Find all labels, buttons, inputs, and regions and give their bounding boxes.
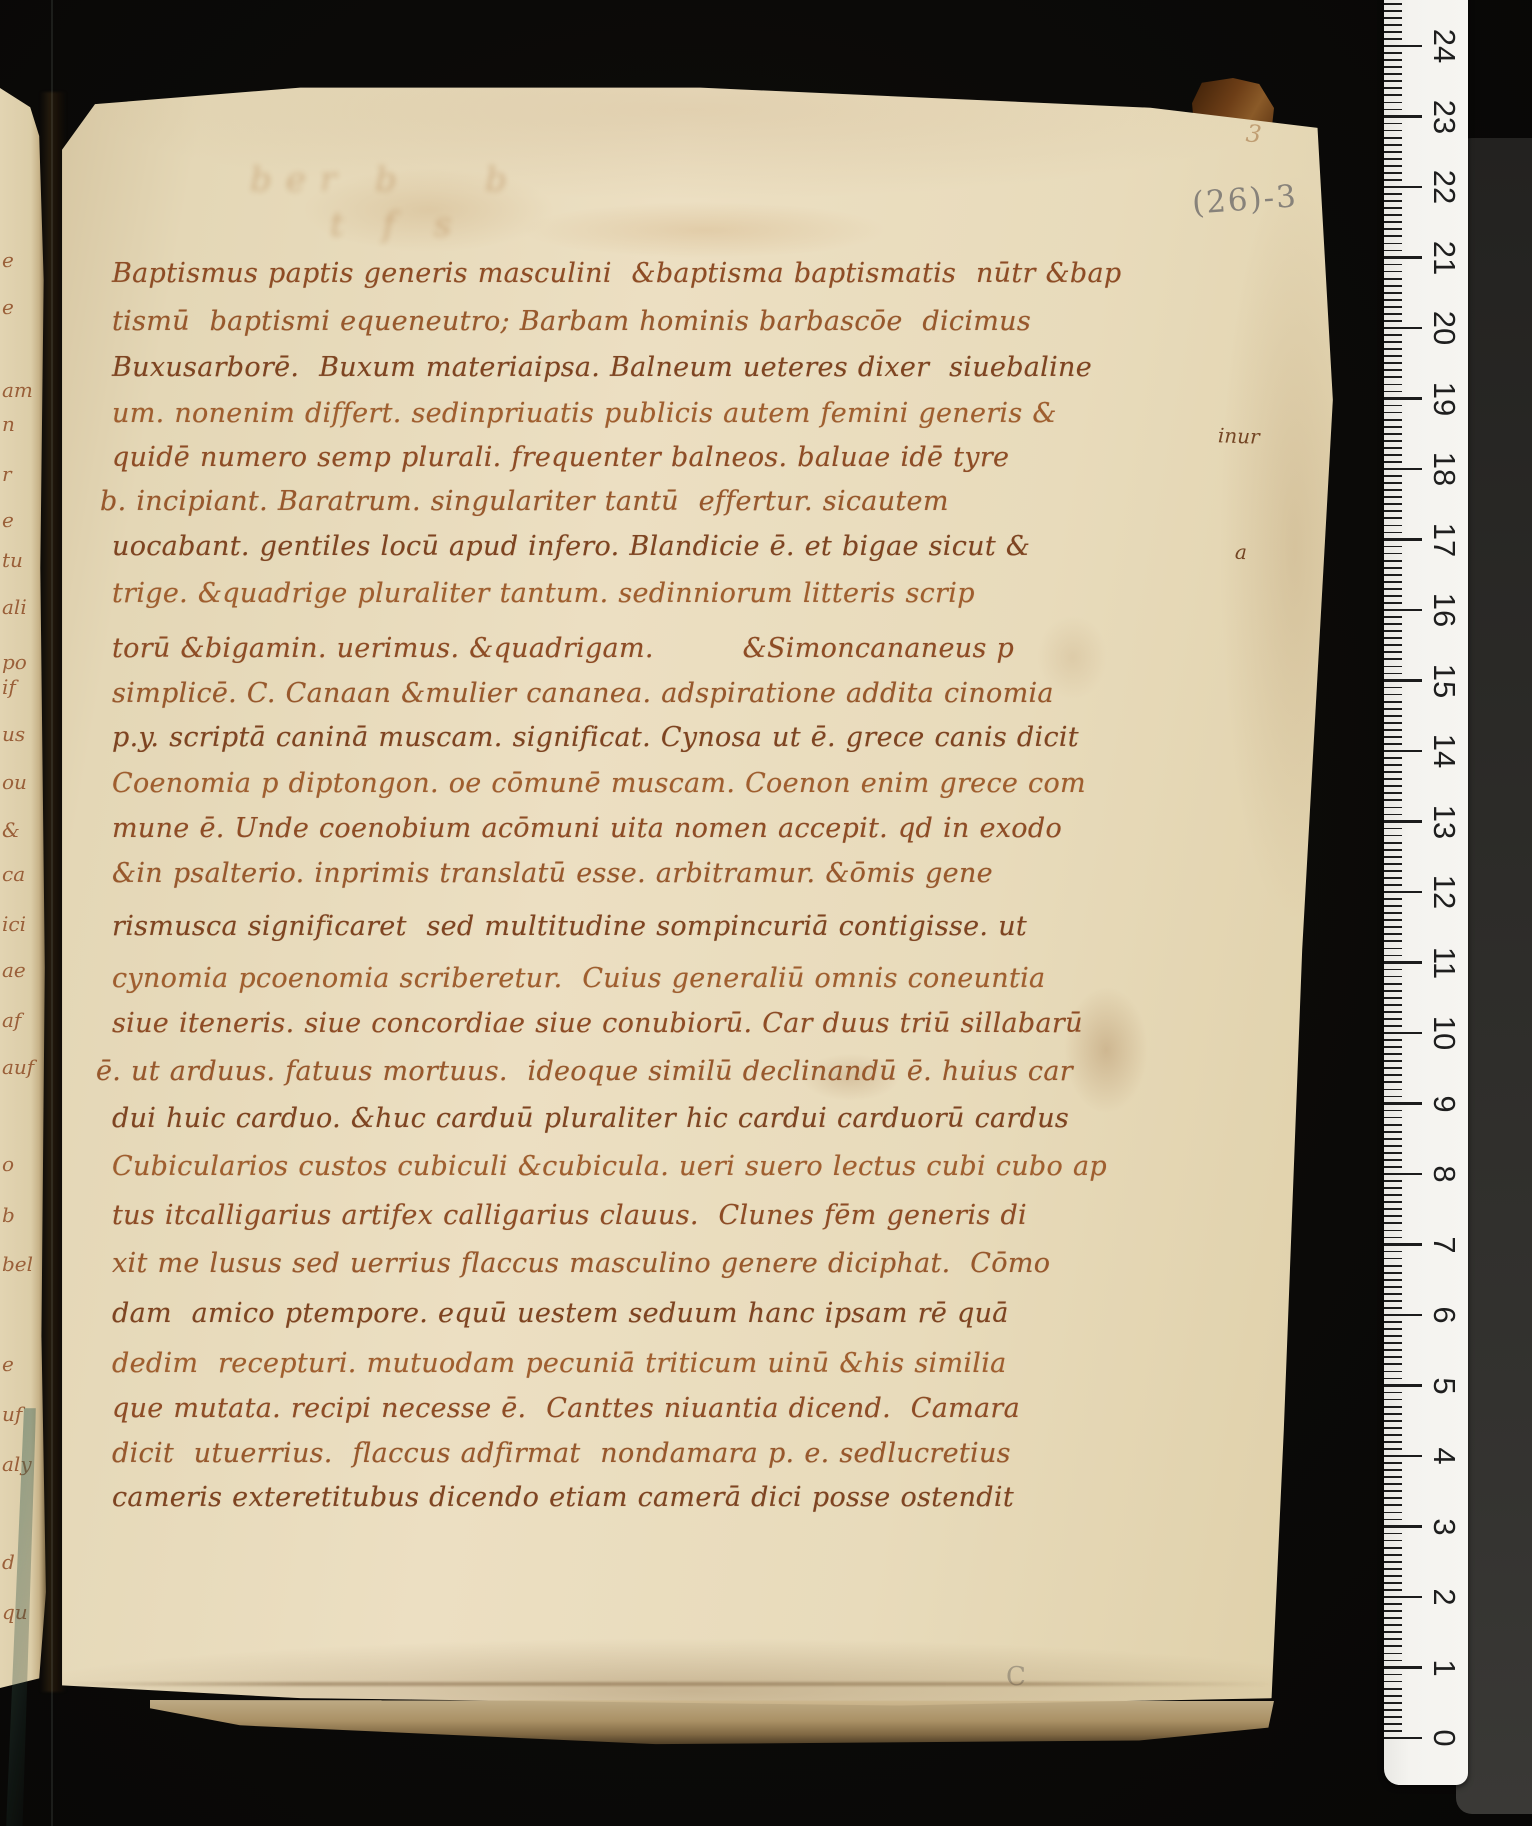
ruler-mm-tick bbox=[1384, 391, 1402, 393]
ruler-mm-tick bbox=[1384, 799, 1402, 801]
ruler-mm-tick bbox=[1384, 1392, 1402, 1394]
ruler-cm-tick bbox=[1384, 1737, 1422, 1740]
manuscript-line: cameris exteretitubus dicendo etiam came… bbox=[112, 1482, 1014, 1522]
ruler-mm-tick bbox=[1384, 109, 1402, 111]
bottom-pencil-mark: C bbox=[1006, 1662, 1026, 1692]
ghost-writing-mark: ber b b bbox=[250, 160, 521, 200]
ruler-mm-tick bbox=[1384, 1335, 1402, 1337]
ruler-mm-tick bbox=[1384, 1709, 1402, 1711]
ruler-number: 14 bbox=[1426, 731, 1462, 771]
ruler-mm-tick bbox=[1384, 1230, 1402, 1232]
ruler-mm-tick bbox=[1384, 461, 1402, 463]
manuscript-line: p.y. scriptā caninā muscam. significat. … bbox=[112, 722, 1079, 762]
ruler-cm-tick bbox=[1384, 1243, 1422, 1246]
ruler-mm-tick bbox=[1384, 1194, 1402, 1196]
ruler-mm-tick bbox=[1384, 940, 1402, 942]
ruler-mm-tick bbox=[1384, 560, 1402, 562]
ruler-mm-tick bbox=[1384, 1674, 1402, 1676]
ruler-mm-tick bbox=[1384, 581, 1402, 583]
ruler-mm-tick bbox=[1384, 369, 1402, 371]
ruler-mm-tick bbox=[1384, 1025, 1402, 1027]
ruler-mm-tick bbox=[1384, 355, 1402, 357]
ruler-mm-tick bbox=[1384, 673, 1402, 675]
ruler-number: 8 bbox=[1426, 1154, 1462, 1194]
ruler-mm-tick bbox=[1384, 1730, 1402, 1732]
ruler-mm-tick bbox=[1384, 969, 1402, 971]
ruler-mm-tick bbox=[1384, 588, 1402, 590]
manuscript-line: rismusca significaret sed multitudine so… bbox=[112, 911, 1027, 951]
ruler-mm-tick bbox=[1384, 489, 1402, 491]
ruler-mm-tick bbox=[1384, 546, 1402, 548]
ruler-mm-tick bbox=[1384, 80, 1402, 82]
ruler-number: 18 bbox=[1426, 449, 1462, 489]
ruler-cm-tick bbox=[1384, 1596, 1422, 1599]
ruler-mm-tick bbox=[1384, 1342, 1402, 1344]
ruler-number: 5 bbox=[1426, 1366, 1462, 1406]
ruler-mm-tick bbox=[1384, 1265, 1402, 1267]
ruler-mm-tick bbox=[1384, 828, 1402, 830]
ruler-mm-tick bbox=[1384, 221, 1402, 223]
left-page-text-fragment: e bbox=[2, 508, 14, 532]
ruler-mm-tick bbox=[1384, 955, 1402, 957]
glass-edge-reflection bbox=[51, 0, 53, 1826]
left-page-text-fragment: r bbox=[2, 462, 12, 486]
ruler-mm-tick bbox=[1384, 1258, 1402, 1260]
ruler-mm-tick bbox=[1384, 1208, 1402, 1210]
ruler-number: 19 bbox=[1426, 379, 1462, 419]
ruler-mm-tick bbox=[1384, 1589, 1402, 1591]
ruler-mm-tick bbox=[1384, 1166, 1402, 1168]
ruler-mm-tick bbox=[1384, 1645, 1402, 1647]
ruler-mm-tick bbox=[1384, 1702, 1402, 1704]
ruler-mm-tick bbox=[1384, 1067, 1402, 1069]
ruler-mm-tick bbox=[1384, 708, 1402, 710]
ruler-number: 9 bbox=[1426, 1084, 1462, 1124]
ruler-cm-tick bbox=[1384, 256, 1422, 259]
ruler-mm-tick bbox=[1384, 842, 1402, 844]
left-page-text-fragment: af bbox=[2, 1008, 21, 1032]
margin-mark: inur bbox=[1218, 423, 1261, 448]
ruler-mm-tick bbox=[1384, 729, 1402, 731]
left-page-text-fragment: n bbox=[2, 412, 15, 436]
ruler-mm-tick bbox=[1384, 1293, 1402, 1295]
ruler-mm-tick bbox=[1384, 1180, 1402, 1182]
ruler-mm-tick bbox=[1384, 1131, 1402, 1133]
ruler-number: 6 bbox=[1426, 1295, 1462, 1335]
ruler-mm-tick bbox=[1384, 271, 1402, 273]
ruler-mm-tick bbox=[1384, 454, 1402, 456]
left-page-text-fragment: if bbox=[2, 675, 16, 699]
ruler-mm-tick bbox=[1384, 193, 1402, 195]
ruler-mm-tick bbox=[1384, 919, 1402, 921]
ruler-mm-tick bbox=[1384, 1540, 1402, 1542]
ruler-mm-tick bbox=[1384, 503, 1402, 505]
ruler-mm-tick bbox=[1384, 736, 1402, 738]
ruler-mm-tick bbox=[1384, 130, 1402, 132]
ruler-mm-tick bbox=[1384, 151, 1402, 153]
ruler-mm-tick bbox=[1384, 1483, 1402, 1485]
manuscript-line: tismū baptismi equeneutro; Barbam homini… bbox=[112, 306, 1031, 346]
left-page-text-fragment: o bbox=[2, 1152, 14, 1176]
ruler-number: 22 bbox=[1426, 167, 1462, 207]
ruler-mm-tick bbox=[1384, 1688, 1402, 1690]
corner-numeral: 3 bbox=[1245, 119, 1263, 148]
left-page-text-fragment: tu bbox=[2, 548, 23, 572]
ruler-mm-tick bbox=[1384, 1660, 1402, 1662]
ruler-mm-tick bbox=[1384, 1610, 1402, 1612]
manuscript-line: trige. &quadrige pluraliter tantum. sedi… bbox=[112, 578, 975, 618]
ruler-mm-tick bbox=[1384, 405, 1402, 407]
ruler-mm-tick bbox=[1384, 299, 1402, 301]
ruler-mm-tick bbox=[1384, 983, 1402, 985]
ruler-number: 13 bbox=[1426, 802, 1462, 842]
ruler-mm-tick bbox=[1384, 1695, 1402, 1697]
ruler-mm-tick bbox=[1384, 1251, 1402, 1253]
manuscript-line: dui huic carduo. &huc carduū pluraliter … bbox=[112, 1103, 1069, 1143]
ruler-mm-tick bbox=[1384, 1399, 1402, 1401]
ruler-mm-tick bbox=[1384, 384, 1402, 386]
ruler-mm-tick bbox=[1384, 926, 1402, 928]
ruler-mm-tick bbox=[1384, 877, 1402, 879]
manuscript-line: Buxusarborē. Buxum materiaipsa. Balneum … bbox=[112, 352, 1092, 392]
ruler-mm-tick bbox=[1384, 602, 1402, 604]
left-page-text-fragment: d bbox=[2, 1550, 15, 1574]
ruler-mm-tick bbox=[1384, 137, 1402, 139]
ruler-cm-tick bbox=[1384, 45, 1422, 48]
manuscript-line: mune ē. Unde coenobium acōmuni uita nome… bbox=[112, 813, 1062, 853]
ruler-mm-tick bbox=[1384, 1624, 1402, 1626]
ruler-mm-tick bbox=[1384, 1300, 1402, 1302]
ruler-cm-tick bbox=[1384, 820, 1422, 823]
manuscript-line: &in psalterio. inprimis translatū esse. … bbox=[112, 858, 993, 898]
manuscript-line: tus itcalligarius artifex calligarius cl… bbox=[112, 1200, 1027, 1240]
ruler-mm-tick bbox=[1384, 1469, 1402, 1471]
ruler-number: 16 bbox=[1426, 590, 1462, 630]
ruler-mm-tick bbox=[1384, 1046, 1402, 1048]
ruler-mm-tick bbox=[1384, 243, 1402, 245]
ruler-mm-tick bbox=[1384, 3, 1402, 5]
ruler-mm-tick bbox=[1384, 694, 1402, 696]
ruler-mm-tick bbox=[1384, 1074, 1402, 1076]
ruler-cm-tick bbox=[1384, 538, 1422, 541]
ruler-mm-tick bbox=[1384, 1110, 1402, 1112]
ruler-number: 12 bbox=[1426, 872, 1462, 912]
ruler-mm-tick bbox=[1384, 348, 1402, 350]
ruler-mm-tick bbox=[1384, 306, 1402, 308]
page-bottom-crease bbox=[62, 1682, 1272, 1686]
ruler-mm-tick bbox=[1384, 574, 1402, 576]
ruler-mm-tick bbox=[1384, 38, 1402, 40]
ruler-mm-tick bbox=[1384, 1138, 1402, 1140]
ruler-mm-tick bbox=[1384, 17, 1402, 19]
ruler-mm-tick bbox=[1384, 1448, 1402, 1450]
ruler-mm-tick bbox=[1384, 440, 1402, 442]
left-page-text-fragment: e bbox=[2, 295, 14, 319]
ruler-mm-tick bbox=[1384, 764, 1402, 766]
ruler-mm-tick bbox=[1384, 637, 1402, 639]
ruler-mm-tick bbox=[1384, 1568, 1402, 1570]
ruler-mm-tick bbox=[1384, 616, 1402, 618]
manuscript-line: Coenomia p diptongon. oe cōmunē muscam. … bbox=[112, 768, 1086, 808]
ruler-mm-tick bbox=[1384, 1512, 1402, 1514]
ruler-mm-tick bbox=[1384, 510, 1402, 512]
ruler-mm-tick bbox=[1384, 933, 1402, 935]
ruler-mm-tick bbox=[1384, 1349, 1402, 1351]
ruler-cm-tick bbox=[1384, 609, 1422, 612]
ruler-mm-tick bbox=[1384, 24, 1402, 26]
ruler-mm-tick bbox=[1384, 376, 1402, 378]
ruler-number: 17 bbox=[1426, 520, 1462, 560]
ruler-mm-tick bbox=[1384, 1653, 1402, 1655]
ruler-mm-tick bbox=[1384, 228, 1402, 230]
ruler-mm-tick bbox=[1384, 1638, 1402, 1640]
ruler-mm-tick bbox=[1384, 976, 1402, 978]
ruler-mm-tick bbox=[1384, 1060, 1402, 1062]
ruler-mm-tick bbox=[1384, 778, 1402, 780]
ruler-mm-tick bbox=[1384, 1363, 1402, 1365]
ruler-mm-tick bbox=[1384, 743, 1402, 745]
ruler-mm-tick bbox=[1384, 341, 1402, 343]
manuscript-line: Baptismus paptis generis masculini &bapt… bbox=[112, 258, 1121, 298]
manuscript-line: b. incipiant. Baratrum. singulariter tan… bbox=[100, 486, 949, 526]
ruler-mm-tick bbox=[1384, 172, 1402, 174]
manuscript-line: Cubicularios custos cubiculi &cubicula. … bbox=[112, 1151, 1107, 1191]
ruler-mm-tick bbox=[1384, 771, 1402, 773]
ruler-mm-tick bbox=[1384, 1561, 1402, 1563]
ruler-mm-tick bbox=[1384, 235, 1402, 237]
ruler-mm-tick bbox=[1384, 94, 1402, 96]
ruler-mm-tick bbox=[1384, 313, 1402, 315]
ruler-mm-tick bbox=[1384, 1554, 1402, 1556]
ruler-mm-tick bbox=[1384, 207, 1402, 209]
ruler-mm-tick bbox=[1384, 31, 1402, 33]
left-page-text-fragment: ali bbox=[2, 595, 27, 619]
ruler-mm-tick bbox=[1384, 1476, 1402, 1478]
manuscript-line: uocabant. gentiles locū apud infero. Bla… bbox=[112, 531, 1030, 571]
left-page-text-fragment: & bbox=[2, 818, 20, 842]
ruler-mm-tick bbox=[1384, 912, 1402, 914]
ruler-mm-tick bbox=[1384, 433, 1402, 435]
ruler-mm-tick bbox=[1384, 849, 1402, 851]
ruler-mm-tick bbox=[1384, 898, 1402, 900]
ruler-mm-tick bbox=[1384, 1490, 1402, 1492]
ruler-cm-tick bbox=[1384, 750, 1422, 753]
ruler-mm-tick bbox=[1384, 1547, 1402, 1549]
ruler-mm-tick bbox=[1384, 1504, 1402, 1506]
ruler-cm-tick bbox=[1384, 115, 1422, 118]
ruler-mm-tick bbox=[1384, 1237, 1402, 1239]
manuscript-line: torū &bigamin. uerimus. &quadrigam. &Sim… bbox=[112, 633, 1014, 673]
ruler-mm-tick bbox=[1384, 835, 1402, 837]
ruler-number: 3 bbox=[1426, 1507, 1462, 1547]
manuscript-line: simplicē. C. Canaan &mulier cananea. ads… bbox=[112, 678, 1054, 718]
left-page-text-fragment: po bbox=[2, 650, 27, 674]
ruler-mm-tick bbox=[1384, 285, 1402, 287]
ruler-mm-tick bbox=[1384, 496, 1402, 498]
margin-mark: a bbox=[1235, 540, 1248, 564]
ruler-mm-tick bbox=[1384, 567, 1402, 569]
ruler-cm-tick bbox=[1384, 679, 1422, 682]
ruler-mm-tick bbox=[1384, 1413, 1402, 1415]
left-page-text-fragment: e bbox=[2, 248, 14, 272]
measurement-ruler: 0123456789101112131415161718192021222324 bbox=[1384, 0, 1468, 1785]
ruler-mm-tick bbox=[1384, 1617, 1402, 1619]
ruler-mm-tick bbox=[1384, 412, 1402, 414]
ruler-cm-tick bbox=[1384, 1455, 1422, 1458]
ruler-mm-tick bbox=[1384, 651, 1402, 653]
ruler-mm-tick bbox=[1384, 123, 1402, 125]
ruler-mm-tick bbox=[1384, 1631, 1402, 1633]
ruler-mm-tick bbox=[1384, 905, 1402, 907]
ruler-mm-tick bbox=[1384, 250, 1402, 252]
ruler-mm-tick bbox=[1384, 990, 1402, 992]
ruler-mm-tick bbox=[1384, 722, 1402, 724]
ruler-number: 24 bbox=[1426, 26, 1462, 66]
ruler-number: 15 bbox=[1426, 661, 1462, 701]
ruler-mm-tick bbox=[1384, 1497, 1402, 1499]
ruler-cm-tick bbox=[1384, 1314, 1422, 1317]
left-page-text-fragment: uf bbox=[2, 1402, 22, 1426]
ruler-mm-tick bbox=[1384, 870, 1402, 872]
ruler-mm-tick bbox=[1384, 1582, 1402, 1584]
ruler-mm-tick bbox=[1384, 1152, 1402, 1154]
ruler-mm-tick bbox=[1384, 426, 1402, 428]
ruler-mm-tick bbox=[1384, 1462, 1402, 1464]
left-page-text-fragment: bel bbox=[2, 1252, 33, 1276]
ruler-mm-tick bbox=[1384, 200, 1402, 202]
ruler-mm-tick bbox=[1384, 1004, 1402, 1006]
ruler-mm-tick bbox=[1384, 1201, 1402, 1203]
ruler-mm-tick bbox=[1384, 1723, 1402, 1725]
ruler-mm-tick bbox=[1384, 644, 1402, 646]
ruler-mm-tick bbox=[1384, 1222, 1402, 1224]
manuscript-line: siue iteneris. siue concordiae siue conu… bbox=[112, 1008, 1083, 1048]
ruler-cm-tick bbox=[1384, 397, 1422, 400]
ruler-mm-tick bbox=[1384, 1434, 1402, 1436]
ruler-cm-tick bbox=[1384, 891, 1422, 894]
ruler-number: 23 bbox=[1426, 97, 1462, 137]
manuscript-page: ber b bt f s 3 (26)-3 inura Baptismus pa… bbox=[0, 0, 1532, 1826]
folio-number-pencil: (26)-3 bbox=[1191, 178, 1299, 221]
ruler-mm-tick bbox=[1384, 517, 1402, 519]
ruler-mm-tick bbox=[1384, 948, 1402, 950]
ruler-mm-tick bbox=[1384, 320, 1402, 322]
ruler-mm-tick bbox=[1384, 179, 1402, 181]
ruler-mm-tick bbox=[1384, 525, 1402, 527]
ruler-cm-tick bbox=[1384, 1666, 1422, 1669]
ruler-mm-tick bbox=[1384, 1081, 1402, 1083]
ruler-number: 1 bbox=[1426, 1648, 1462, 1688]
ruler-mm-tick bbox=[1384, 701, 1402, 703]
ruler-mm-tick bbox=[1384, 1378, 1402, 1380]
ruler-mm-tick bbox=[1384, 1286, 1402, 1288]
ruler-mm-tick bbox=[1384, 1533, 1402, 1535]
ruler-mm-tick bbox=[1384, 73, 1402, 75]
left-page-text-fragment: e bbox=[2, 1352, 14, 1376]
ruler-mm-tick bbox=[1384, 1441, 1402, 1443]
ruler-mm-tick bbox=[1384, 482, 1402, 484]
ruler-mm-tick bbox=[1384, 1011, 1402, 1013]
ruler-mm-tick bbox=[1384, 10, 1402, 12]
left-page-text-fragment: ici bbox=[2, 912, 26, 936]
ruler-mm-tick bbox=[1384, 1117, 1402, 1119]
manuscript-line: dam amico ptempore. equū uestem seduum h… bbox=[112, 1298, 1009, 1338]
manuscript-line: dedim recepturi. mutuodam pecuniā tritic… bbox=[112, 1348, 1007, 1388]
left-page-text-fragment: b bbox=[2, 1203, 15, 1227]
ruler-mm-tick bbox=[1384, 1279, 1402, 1281]
manuscript-line: cynomia pcoenomia scriberetur. Cuius gen… bbox=[112, 963, 1045, 1003]
ruler-mm-tick bbox=[1384, 807, 1402, 809]
ruler-mm-tick bbox=[1384, 997, 1402, 999]
ruler-mm-tick bbox=[1384, 59, 1402, 61]
ruler-cm-tick bbox=[1384, 1173, 1422, 1176]
ruler-mm-tick bbox=[1384, 1427, 1402, 1429]
ruler-cm-tick bbox=[1384, 1102, 1422, 1105]
ruler-mm-tick bbox=[1384, 1406, 1402, 1408]
ruler-mm-tick bbox=[1384, 419, 1402, 421]
ruler-number: 4 bbox=[1426, 1436, 1462, 1476]
ruler-mm-tick bbox=[1384, 1681, 1402, 1683]
ruler-mm-tick bbox=[1384, 475, 1402, 477]
ruler-cm-tick bbox=[1384, 1384, 1422, 1387]
manuscript-line: quidē numero semp plurali. frequenter ba… bbox=[112, 442, 1009, 482]
ruler-mm-tick bbox=[1384, 144, 1402, 146]
ruler-mm-tick bbox=[1384, 278, 1402, 280]
ruler-mm-tick bbox=[1384, 1716, 1402, 1718]
ruler-mm-tick bbox=[1384, 1145, 1402, 1147]
ruler-mm-tick bbox=[1384, 87, 1402, 89]
ruler-mm-tick bbox=[1384, 658, 1402, 660]
ruler-cm-tick bbox=[1384, 186, 1422, 189]
ruler-mm-tick bbox=[1384, 264, 1402, 266]
ruler-mm-tick bbox=[1384, 1420, 1402, 1422]
ruler-cm-tick bbox=[1384, 961, 1422, 964]
ruler-mm-tick bbox=[1384, 158, 1402, 160]
ruler-mm-tick bbox=[1384, 757, 1402, 759]
left-page-text-fragment: ae bbox=[2, 958, 26, 982]
ghost-writing-mark: t f s bbox=[330, 205, 465, 245]
ruler-mm-tick bbox=[1384, 532, 1402, 534]
ruler-mm-tick bbox=[1384, 595, 1402, 597]
ruler-mm-tick bbox=[1384, 785, 1402, 787]
ruler-mm-tick bbox=[1384, 623, 1402, 625]
ruler-mm-tick bbox=[1384, 1124, 1402, 1126]
ruler-mm-tick bbox=[1384, 1307, 1402, 1309]
ruler-mm-tick bbox=[1384, 1272, 1402, 1274]
ruler-number: 21 bbox=[1426, 238, 1462, 278]
ruler-number: 11 bbox=[1426, 943, 1462, 983]
ruler-number: 10 bbox=[1426, 1013, 1462, 1053]
ruler-mm-tick bbox=[1384, 1356, 1402, 1358]
ruler-mm-tick bbox=[1384, 292, 1402, 294]
ruler-mm-tick bbox=[1384, 1159, 1402, 1161]
ruler-mm-tick bbox=[1384, 1215, 1402, 1217]
ruler-cm-tick bbox=[1384, 1525, 1422, 1528]
ruler-mm-tick bbox=[1384, 1321, 1402, 1323]
ruler-mm-tick bbox=[1384, 856, 1402, 858]
left-page-text-fragment: ca bbox=[2, 862, 25, 886]
ruler-cm-tick bbox=[1384, 327, 1422, 330]
ruler-number: 7 bbox=[1426, 1225, 1462, 1265]
ruler-cm-tick bbox=[1384, 1032, 1422, 1035]
left-page-text-fragment: auf bbox=[2, 1055, 34, 1079]
ruler-mm-tick bbox=[1384, 52, 1402, 54]
underlying-leaf-edges bbox=[150, 1700, 1274, 1746]
left-page-text-fragment: us bbox=[2, 722, 25, 746]
ruler-mm-tick bbox=[1384, 792, 1402, 794]
ruler-mm-tick bbox=[1384, 66, 1402, 68]
ruler-mm-tick bbox=[1384, 1328, 1402, 1330]
